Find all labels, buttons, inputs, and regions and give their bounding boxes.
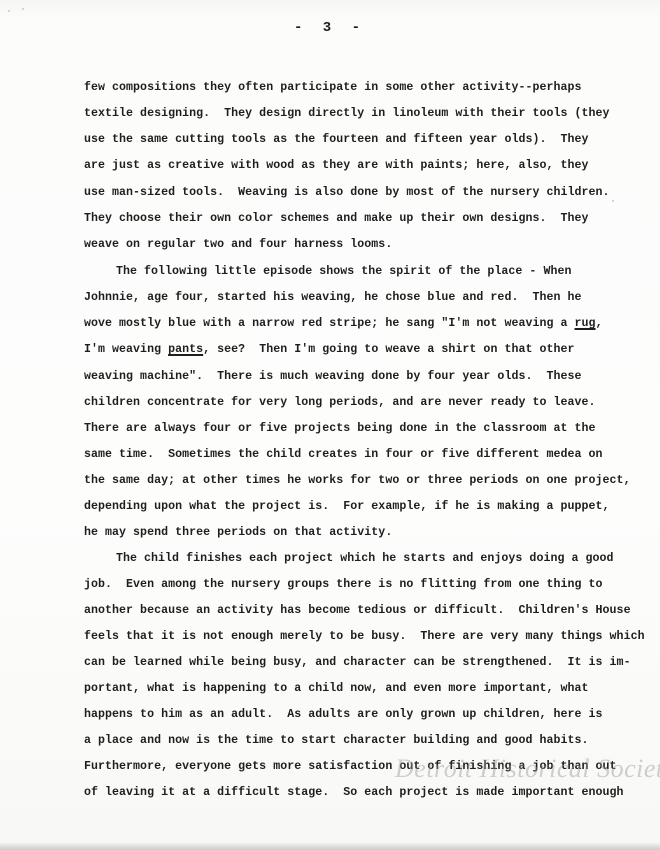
text-line: use the same cutting tools as the fourte… <box>84 133 589 147</box>
text-line: I'm weaving pants, see? Then I'm going t… <box>84 343 575 357</box>
text-line: happens to him as an adult. As adults ar… <box>84 708 603 722</box>
text-line: are just as creative with wood as they a… <box>84 159 589 173</box>
text-segment: wove mostly blue with a narrow red strip… <box>84 317 575 330</box>
text-line: Johnnie, age four, started his weaving, … <box>84 291 582 305</box>
paper-speck <box>612 200 614 202</box>
text-line: can be learned while being busy, and cha… <box>84 656 631 670</box>
text-line: weave on regular two and four harness lo… <box>84 238 392 252</box>
text-line: he may spend three periods on that activ… <box>84 526 392 540</box>
underlined-word-pants: pants <box>168 343 203 356</box>
paper-speck <box>8 10 10 12</box>
text-line: wove mostly blue with a narrow red strip… <box>84 317 603 331</box>
text-line: feels that it is not enough merely to be… <box>84 630 645 644</box>
page-bottom-edge <box>0 842 660 850</box>
text-line: weaving machine". There is much weaving … <box>84 370 582 384</box>
text-line: The child finishes each project which he… <box>116 552 614 566</box>
paper-speck <box>22 8 24 10</box>
text-line: depending upon what the project is. For … <box>84 500 610 514</box>
text-line: few compositions they often participate … <box>84 81 582 95</box>
text-line: use man-sized tools. Weaving is also don… <box>84 186 610 200</box>
text-line: The following little episode shows the s… <box>116 265 571 279</box>
underlined-word-rug: rug <box>575 317 596 330</box>
text-line: same time. Sometimes the child creates i… <box>84 448 603 462</box>
text-line: job. Even among the nursery groups there… <box>84 578 603 592</box>
text-line: the same day; at other times he works fo… <box>84 474 631 488</box>
text-line: textile designing. They design directly … <box>84 107 610 121</box>
text-line: children concentrate for very long perio… <box>84 396 596 410</box>
text-line: There are always four or five projects b… <box>84 422 596 436</box>
text-line: portant, what is happening to a child no… <box>84 682 589 696</box>
text-line: a place and now is the time to start cha… <box>84 734 589 748</box>
text-line: another because an activity has become t… <box>84 604 631 618</box>
text-segment: I'm weaving <box>84 343 168 356</box>
text-segment: , <box>596 317 603 330</box>
page-number: - 3 - <box>0 20 660 36</box>
watermark: Detroit Historical Society <box>395 754 660 784</box>
text-line: They choose their own color schemes and … <box>84 212 589 226</box>
typewritten-page: - 3 - few compositions they often partic… <box>0 0 660 850</box>
text-line: of leaving it at a difficult stage. So e… <box>84 786 624 800</box>
text-segment: , see? Then I'm going to weave a shirt o… <box>203 343 574 356</box>
